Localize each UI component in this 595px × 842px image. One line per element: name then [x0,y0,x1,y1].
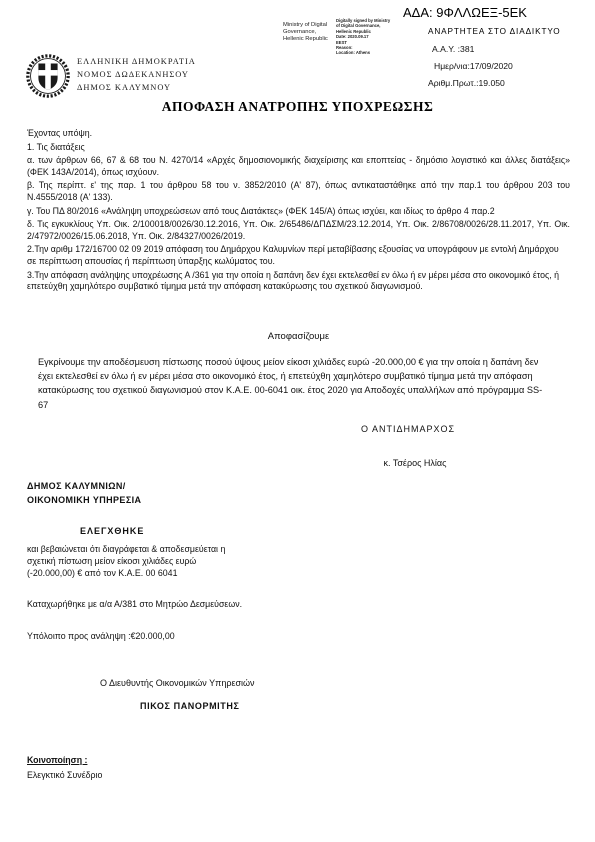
preamble-paragraph: Έχοντας υπόψη. [27,128,570,140]
agency-line-republic: ΕΛΛΗΝΙΚΗ ΔΗΜΟΚΡΑΤΙΑ [77,55,196,68]
agency-line-prefecture: ΝΟΜΟΣ ΔΩΔΕΚΑΝΗΣΟΥ [77,68,196,81]
deputy-mayor-role: Ο ΑΝΤΙΔΗΜΑΡΧΟΣ [328,424,488,434]
signature-authority-line: Hellenic Republic [283,36,335,43]
preamble-paragraph: 3.Την απόφαση ανάληψης υποχρέωσης Α /361… [27,270,570,293]
signature-authority: Ministry of Digital Governance, Hellenic… [283,22,335,43]
balance-note: Υπόλοιπο προς ανάληψη :€20.000,00 [27,631,175,641]
document-page: ΑΔΑ: 9ΦΛΛΩΕΞ-5ΕΚ Ministry of Digital Gov… [0,0,595,842]
decision-paragraph: Εγκρίνουμε την αποδέσμευση πίστωσης ποσο… [38,355,543,412]
audit-line: (-20.000,00) € από τον Κ.Α.Ε. 00 6041 [27,567,327,579]
preamble-paragraph: γ. Του ΠΔ 80/2016 «Ανάληψη υποχρεώσεων α… [27,206,570,218]
distribution-item: Ελεγκτικό Συνέδριο [27,770,102,780]
protocol-number: Αριθμ.Πρωτ.:19.050 [428,78,505,88]
date-line: Ημερ/νια:17/09/2020 [434,61,513,71]
document-title: ΑΠΟΦΑΣΗ ΑΝΑΤΡΟΠΗΣ ΥΠΟΧΡΕΩΣΗΣ [0,99,595,115]
distribution-heading: Κοινοποίηση : [27,755,87,765]
finance-director-name: ΠΙΚΟΣ ΠΑΝΟΡΜΙΤΗΣ [140,701,240,711]
preamble-paragraph: δ. Τις εγκυκλίους Υπ. Οικ. 2/100018/0026… [27,219,570,242]
digital-signature-stamp: Digitally signed by Ministry of Digital … [336,18,396,56]
audit-line: σχετική πίστωση μείον είκοσι χιλιάδες ευ… [27,555,327,567]
finance-department: ΔΗΜΟΣ ΚΑΛΥΜΝΙΩΝ/ ΟΙΚΟΝΟΜΙΚΗ ΥΠΗΡΕΣΙΑ [27,480,141,507]
finance-department-line: ΔΗΜΟΣ ΚΑΛΥΜΝΙΩΝ/ [27,480,141,494]
stamp-line: Location: Athens [336,50,396,55]
posting-notice: ΑΝΑΡΤΗΤΕΑ ΣΤΟ ΔΙΑΔΙΚΤΥΟ [428,27,561,36]
signature-authority-line: Ministry of Digital [283,22,335,29]
audit-statement: και βεβαιώνεται ότι διαγράφεται & αποδεσ… [27,543,327,580]
finance-department-line: ΟΙΚΟΝΟΜΙΚΗ ΥΠΗΡΕΣΙΑ [27,494,141,508]
deputy-mayor-name: κ. Τσέρος Ηλίας [335,458,495,468]
preamble-paragraph: β. Της περίπτ. ε' της παρ. 1 του άρθρου … [27,180,570,203]
preamble-paragraph: 1. Τις διατάξεις [27,142,570,154]
agency-block: ΕΛΛΗΝΙΚΗ ΔΗΜΟΚΡΑΤΙΑ ΝΟΜΟΣ ΔΩΔΕΚΑΝΗΣΟΥ ΔΗ… [77,55,196,94]
signature-authority-line: Governance, [283,29,335,36]
registry-note: Καταχωρήθηκε με α/α Α/381 στο Μητρώο Δεσ… [27,598,252,611]
preamble-paragraph: α. των άρθρων 66, 67 & 68 του Ν. 4270/14… [27,155,570,178]
finance-director-role: Ο Διευθυντής Οικονομικών Υπηρεσιών [100,678,255,688]
preamble: Έχοντας υπόψη. 1. Τις διατάξεις α. των ά… [27,128,570,295]
aay-number: Α.Α.Υ. :381 [432,44,474,54]
agency-line-municipality: ΔΗΜΟΣ ΚΑΛΥΜΝΟΥ [77,81,196,94]
audit-heading: ΕΛΕΓΧΘΗΚΕ [80,526,144,536]
decision-heading: Αποφασίζουμε [27,331,570,342]
audit-line: και βεβαιώνεται ότι διαγράφεται & αποδεσ… [27,543,327,555]
preamble-paragraph: 2.Την αριθμ 172/16700 02 09 2019 απόφαση… [27,244,570,267]
greek-national-emblem-icon [24,52,72,100]
